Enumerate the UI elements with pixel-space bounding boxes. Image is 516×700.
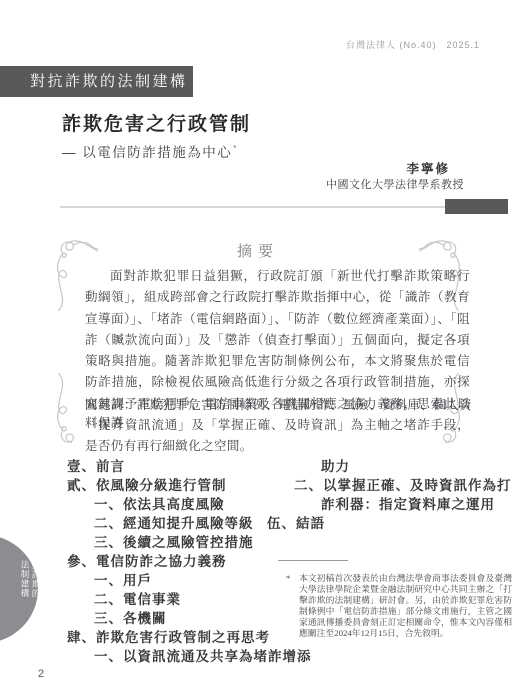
footnote-marker: *	[286, 573, 290, 584]
subtitle-footnote-marker: *	[233, 144, 238, 153]
article-subtitle: — 以電信防詐措施為中心*	[62, 141, 238, 161]
page-number: 2	[38, 668, 44, 680]
footnote-text: 本文初稿首次發表於由台灣法學會商事法委員會及臺灣大學法律學院企業暨金融法制研究中…	[299, 573, 512, 639]
keywords-line: 關鍵詞：詐欺犯罪危害防制條例、電信防詐、風險、資料庫、個人資料保護	[85, 395, 475, 431]
toc-item: 一、用戶	[94, 571, 312, 590]
toc-item: 詐利器：指定資料庫之運用	[321, 495, 512, 514]
sidebar-tab-text-line1: 對抗詐欺的	[30, 551, 42, 599]
footnote-divider	[278, 560, 348, 561]
toc-item: 參、電信防詐之協力義務	[67, 552, 312, 571]
toc-item: 一、以資訊流通及共享為堵詐增添	[94, 647, 312, 666]
author-name: 李寧修	[406, 159, 450, 177]
toc-item: 伍、結語	[267, 514, 512, 533]
sidebar-tab-text-line2: 法制建構	[19, 560, 31, 598]
toc-column-right: 助力 二、以掌握正確、及時資訊作為打 詐利器：指定資料庫之運用 伍、結語	[267, 457, 512, 533]
series-label-tab: 對抗詐欺的法制建構	[0, 66, 193, 97]
toc-item: 二、電信事業	[94, 590, 312, 609]
footnote: * 本文初稿首次發表於由台灣法學會商事法委員會及臺灣大學法律學院企業暨金融法制研…	[286, 573, 512, 639]
subtitle-text: 以電信防詐措施為中心	[82, 145, 232, 160]
header-divider-line	[60, 206, 446, 208]
toc-item: 肆、詐欺危害行政管制之再思考	[67, 628, 312, 647]
journal-header: 台灣法律人 (No.40) 2025.1	[346, 38, 480, 51]
toc-item: 三、後續之風險管控措施	[94, 533, 312, 552]
toc-item: 助力	[321, 457, 512, 476]
abstract-heading: 摘要	[0, 240, 516, 261]
article-title: 詐欺危害之行政管制	[62, 109, 251, 136]
toc-item: 二、以掌握正確、及時資訊作為打	[294, 476, 512, 495]
author-affiliation: 中國文化大學法律學系教授	[326, 176, 464, 192]
header-divider-accent-block	[445, 199, 508, 214]
subtitle-dash: —	[62, 145, 77, 160]
document-page: 台灣法律人 (No.40) 2025.1 對抗詐欺的法制建構 詐欺危害之行政管制…	[0, 0, 516, 700]
toc-item: 三、各機關	[94, 609, 312, 628]
